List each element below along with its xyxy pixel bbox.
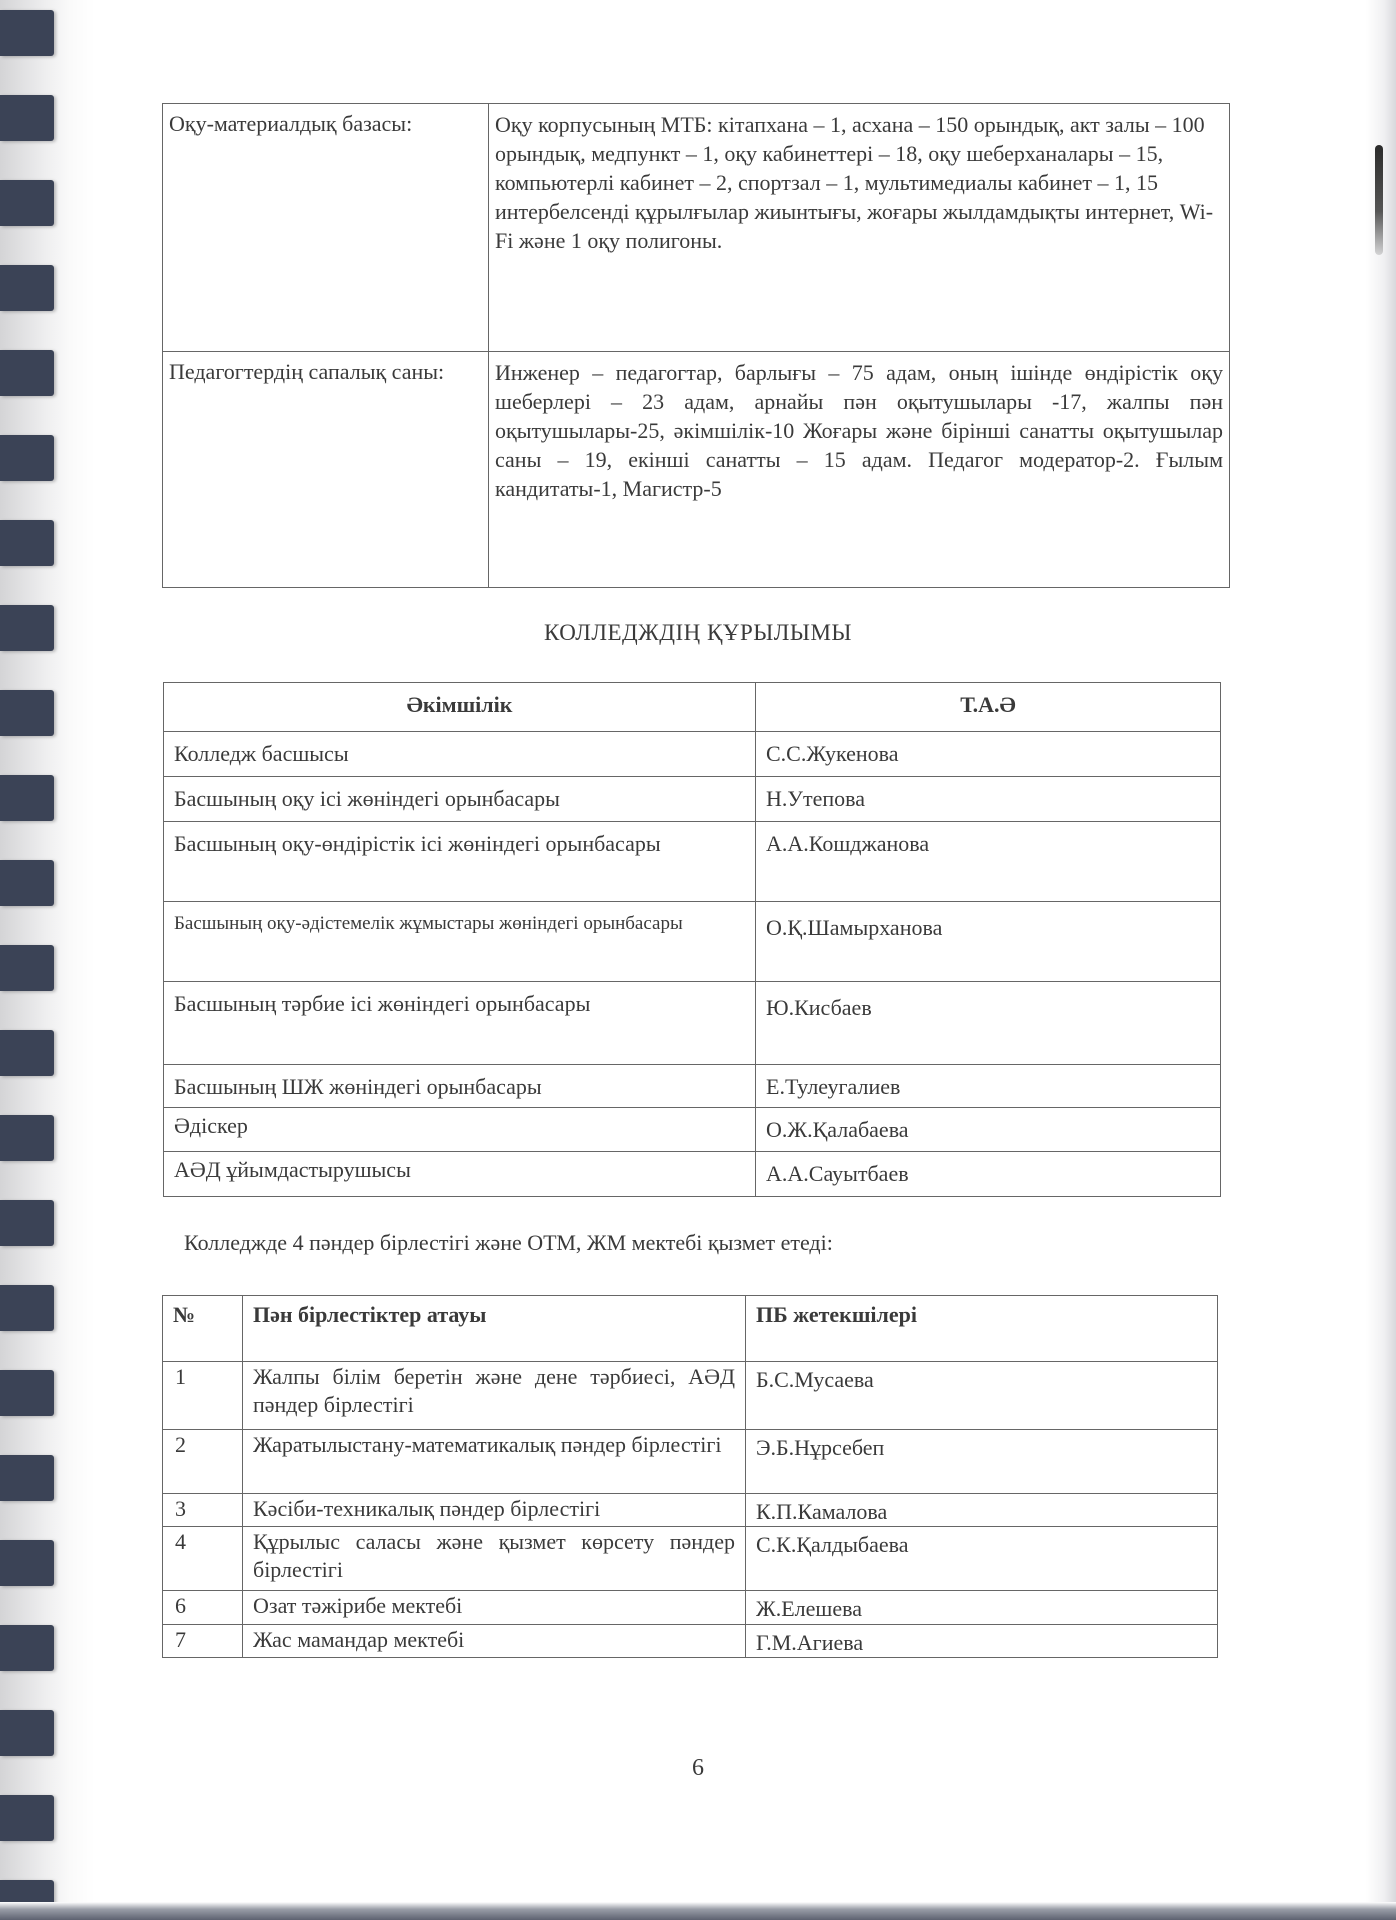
association-name: Жас мамандар мектебі xyxy=(243,1625,746,1658)
binding-ring xyxy=(0,10,54,56)
binding-ring xyxy=(0,1285,54,1331)
binding-ring xyxy=(0,945,54,991)
table-row: Әдіскер О.Ж.Қалабаева xyxy=(164,1108,1221,1152)
association-leader: Б.С.Мусаева xyxy=(746,1362,1218,1430)
name-cell: А.А.Кошджанова xyxy=(756,822,1221,902)
table-row: АӘД ұйымдастырушысы А.А.Сауытбаев xyxy=(164,1152,1221,1197)
row-number: 7 xyxy=(163,1625,243,1658)
binding-ring xyxy=(0,1115,54,1161)
association-name: Жалпы білім беретін және дене тәрбиесі, … xyxy=(243,1362,746,1430)
row-number: 4 xyxy=(163,1527,243,1591)
name-cell: Н.Утепова xyxy=(756,777,1221,822)
info-value: Инженер – педагогтар, барлығы – 75 адам,… xyxy=(489,352,1230,588)
name-cell: Е.Тулеугалиев xyxy=(756,1065,1221,1108)
binding-ring xyxy=(0,1200,54,1246)
position-cell: Әдіскер xyxy=(164,1108,756,1152)
position-cell: Басшының оқу ісі жөніндегі орынбасары xyxy=(164,777,756,822)
name-cell: А.А.Сауытбаев xyxy=(756,1152,1221,1197)
row-number: 1 xyxy=(163,1362,243,1430)
row-number: 2 xyxy=(163,1430,243,1494)
column-header-name: Т.А.Ә xyxy=(756,683,1221,732)
section-title: КОЛЛЕДЖДІҢ ҚҰРЫЛЫМЫ xyxy=(0,620,1396,646)
binding-ring xyxy=(0,1795,54,1841)
position-cell: Басшының ШЖ жөніндегі орынбасары xyxy=(164,1065,756,1108)
table-row: 7 Жас мамандар мектебі Г.М.Агиева xyxy=(163,1625,1218,1658)
name-cell: Ю.Кисбаев xyxy=(756,982,1221,1065)
column-header-association: Пән бірлестіктер атауы xyxy=(243,1296,746,1362)
position-cell: Басшының тәрбие ісі жөніндегі орынбасары xyxy=(164,982,756,1065)
page-right-edge xyxy=(1366,0,1396,1920)
table-row: Басшының оқу-әдістемелік жұмыстары жөнін… xyxy=(164,902,1221,982)
table-header-row: № Пән бірлестіктер атауы ПБ жетекшілері xyxy=(163,1296,1218,1362)
name-cell: С.С.Жукенова xyxy=(756,732,1221,777)
page-bottom-edge xyxy=(0,1902,1396,1920)
table-row: Басшының ШЖ жөніндегі орынбасары Е.Тулеу… xyxy=(164,1065,1221,1108)
table-row: Оқу-материалдық базасы: Оқу корпусының М… xyxy=(163,104,1230,352)
table-row: 6 Озат тәжірибе мектебі Ж.Елешева xyxy=(163,1591,1218,1625)
binding-ring xyxy=(0,435,54,481)
association-leader: Г.М.Агиева xyxy=(746,1625,1218,1658)
binding-ring xyxy=(0,350,54,396)
table-header-row: Әкімшілік Т.А.Ә xyxy=(164,683,1221,732)
binding-ring xyxy=(0,860,54,906)
binding-ring xyxy=(0,690,54,736)
table-row: Педагогтердің сапалық саны: Инженер – пе… xyxy=(163,352,1230,588)
row-number: 6 xyxy=(163,1591,243,1625)
info-label: Педагогтердің сапалық саны: xyxy=(163,352,489,588)
name-cell: О.Қ.Шамырханова xyxy=(756,902,1221,982)
table-row: 3 Кәсіби-техникалық пәндер бірлестігі К.… xyxy=(163,1494,1218,1527)
binding-ring xyxy=(0,775,54,821)
position-cell: АӘД ұйымдастырушысы xyxy=(164,1152,756,1197)
association-name: Кәсіби-техникалық пәндер бірлестігі xyxy=(243,1494,746,1527)
binding-ring xyxy=(0,520,54,566)
binding-ring xyxy=(0,265,54,311)
name-cell: О.Ж.Қалабаева xyxy=(756,1108,1221,1152)
association-name: Жаратылыстану-математикалық пәндер бірле… xyxy=(243,1430,746,1494)
page-number: 6 xyxy=(0,1755,1396,1782)
binding-ring xyxy=(0,180,54,226)
association-name: Озат тәжірибе мектебі xyxy=(243,1591,746,1625)
table-row: 2 Жаратылыстану-математикалық пәндер бір… xyxy=(163,1430,1218,1494)
association-leader: Ж.Елешева xyxy=(746,1591,1218,1625)
position-cell: Колледж басшысы xyxy=(164,732,756,777)
associations-intro: Колледжде 4 пәндер бірлестігі және ОТМ, … xyxy=(184,1230,833,1256)
binding-ring xyxy=(0,95,54,141)
binding-ring xyxy=(0,1540,54,1586)
table-row: Колледж басшысы С.С.Жукенова xyxy=(164,732,1221,777)
row-number: 3 xyxy=(163,1494,243,1527)
table-row: Басшының оқу ісі жөніндегі орынбасары Н.… xyxy=(164,777,1221,822)
table-row: 1 Жалпы білім беретін және дене тәрбиесі… xyxy=(163,1362,1218,1430)
column-header-leader: ПБ жетекшілері xyxy=(746,1296,1218,1362)
binding-ring xyxy=(0,1455,54,1501)
structure-table: Әкімшілік Т.А.Ә Колледж басшысы С.С.Жуке… xyxy=(163,682,1221,1197)
scan-mark xyxy=(1375,145,1383,255)
position-cell: Басшының оқу-әдістемелік жұмыстары жөнін… xyxy=(164,902,756,982)
binding-ring xyxy=(0,1370,54,1416)
association-leader: Э.Б.Нұрсебеп xyxy=(746,1430,1218,1494)
column-header-position: Әкімшілік xyxy=(164,683,756,732)
table-row: Басшының оқу-өндірістік ісі жөніндегі ор… xyxy=(164,822,1221,902)
position-cell: Басшының оқу-өндірістік ісі жөніндегі ор… xyxy=(164,822,756,902)
info-value: Оқу корпусының МТБ: кітапхана – 1, асхан… xyxy=(489,104,1230,352)
association-leader: К.П.Камалова xyxy=(746,1494,1218,1527)
association-name: Құрылыс саласы және қызмет көрсету пәнде… xyxy=(243,1527,746,1591)
info-label: Оқу-материалдық базасы: xyxy=(163,104,489,352)
binding-ring xyxy=(0,1710,54,1756)
info-table: Оқу-материалдық базасы: Оқу корпусының М… xyxy=(162,103,1230,588)
binding-ring xyxy=(0,1030,54,1076)
association-leader: С.К.Қалдыбаева xyxy=(746,1527,1218,1591)
table-row: 4 Құрылыс саласы және қызмет көрсету пән… xyxy=(163,1527,1218,1591)
table-row: Басшының тәрбие ісі жөніндегі орынбасары… xyxy=(164,982,1221,1065)
column-header-number: № xyxy=(163,1296,243,1362)
binding-ring xyxy=(0,1625,54,1671)
associations-table: № Пән бірлестіктер атауы ПБ жетекшілері … xyxy=(162,1295,1218,1658)
